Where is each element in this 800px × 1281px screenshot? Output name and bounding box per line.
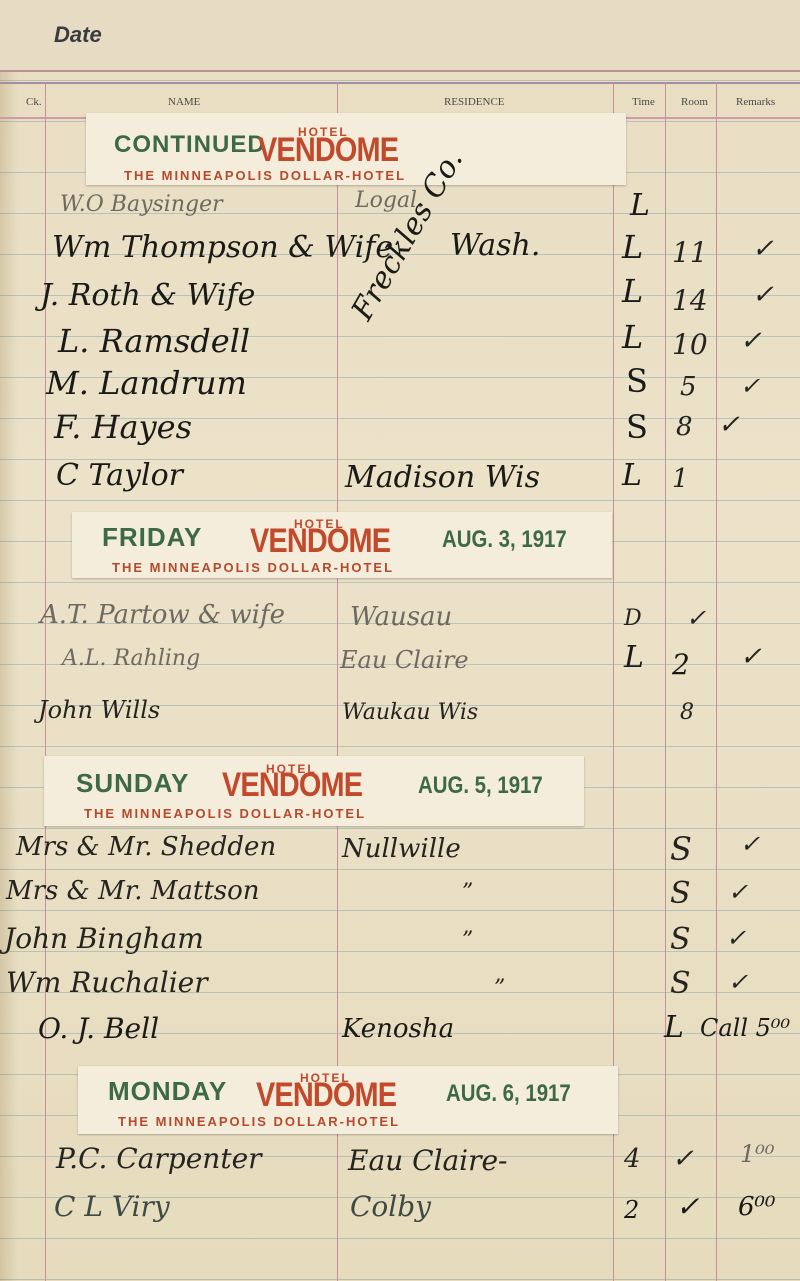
checkmark-icon: ✓: [752, 280, 774, 310]
column-header-residence: RESIDENCE: [444, 96, 505, 108]
entry-room: S: [670, 876, 691, 911]
entry-time: D: [624, 606, 642, 631]
entry-room: 8: [680, 700, 694, 725]
banner-day: SUNDAY: [76, 768, 189, 799]
banner-date: AUG. 3, 1917: [442, 526, 567, 554]
entry-residence: Madison Wis: [345, 460, 540, 495]
column-rule: [716, 83, 717, 1281]
date-label: Date: [54, 22, 102, 48]
entry-name: C Taylor: [56, 458, 183, 493]
entry-room: 10: [672, 328, 708, 361]
column-header-time: Time: [632, 96, 655, 108]
entry-residence: Eau Claire: [340, 646, 469, 674]
entry-room: S: [670, 922, 691, 957]
entry-room: 2: [672, 648, 690, 681]
checkmark-icon: ✓: [728, 878, 748, 906]
entry-room: S: [670, 830, 692, 868]
entry-residence: ”: [494, 976, 505, 1001]
entry-time: S: [626, 408, 648, 446]
entry-name: P.C. Carpenter: [56, 1142, 262, 1175]
entry-name: J. Roth & Wife: [40, 278, 255, 313]
entry-time: L: [622, 228, 643, 266]
entry-name: C L Viry: [54, 1190, 170, 1223]
column-header-ck: Ck.: [26, 96, 42, 108]
entry-room: 1: [672, 464, 689, 494]
checkmark-icon: ✓: [728, 968, 748, 996]
entry-time: 2: [624, 1196, 639, 1224]
checkmark-icon: ✓: [718, 410, 740, 440]
entry-name: W.O Baysinger: [60, 192, 223, 217]
hotel-banner-monday: MONDAY HOTEL VENDOME AUG. 6, 1917 THE MI…: [78, 1066, 618, 1134]
banner-tagline: THE MINNEAPOLIS DOLLAR-HOTEL: [84, 806, 366, 821]
checkmark-icon: ✓: [740, 372, 760, 400]
column-rule: [45, 83, 46, 1281]
entry-residence: ”: [462, 928, 473, 953]
checkmark-icon: ✓: [686, 604, 706, 632]
banner-tagline: THE MINNEAPOLIS DOLLAR-HOTEL: [118, 1114, 400, 1129]
entry-name: L. Ramsdell: [58, 322, 250, 360]
hotel-banner-sunday: SUNDAY HOTEL VENDOME AUG. 5, 1917 THE MI…: [44, 756, 584, 826]
entry-residence: Colby: [350, 1190, 431, 1223]
entry-room: S: [670, 966, 691, 1001]
entry-residence: Kenosha: [342, 1014, 454, 1044]
entry-residence: Nullwille: [342, 834, 461, 864]
banner-hotel-name: VENDOME: [222, 766, 362, 805]
entry-room: 14: [672, 284, 708, 317]
entry-remarks: Call 5⁰⁰: [700, 1014, 790, 1042]
checkmark-icon: ✓: [726, 924, 746, 952]
entry-time: L: [622, 458, 642, 493]
checkmark-icon: ✓: [740, 642, 762, 672]
checkmark-icon: ✓: [752, 234, 774, 264]
banner-hotel-name: VENDOME: [256, 1076, 396, 1115]
entry-name: O. J. Bell: [38, 1012, 159, 1045]
entry-room: L: [664, 1010, 684, 1045]
banner-hotel-name: VENDOME: [258, 131, 398, 170]
entry-name: A.T. Partow & wife: [40, 600, 285, 630]
entry-name: Mrs & Mr. Mattson: [6, 876, 260, 906]
register-page: Date Ck. NAME RESIDENCE Time Room Remark…: [0, 0, 800, 1281]
entry-name: John Bingham: [4, 922, 204, 955]
entry-remarks: 1⁰⁰: [740, 1140, 775, 1168]
entry-residence: ”: [462, 880, 473, 905]
column-header-name: NAME: [168, 96, 200, 108]
entry-residence: Waukau Wis: [342, 700, 478, 725]
entry-name: Wm Ruchalier: [6, 966, 208, 999]
entry-time: 4: [624, 1144, 641, 1174]
banner-hotel-name: VENDOME: [250, 522, 390, 561]
entry-residence: Wausau: [350, 602, 452, 632]
entry-time: L: [624, 640, 644, 675]
entry-name: John Wills: [38, 696, 160, 724]
entry-residence: Wash.: [450, 228, 540, 263]
entry-time: L: [622, 318, 643, 356]
banner-day: CONTINUED: [114, 131, 266, 159]
entry-time: L: [622, 272, 643, 310]
banner-day: FRIDAY: [102, 522, 202, 553]
column-header-remarks: Remarks: [736, 96, 775, 108]
checkmark-icon: ✓: [740, 326, 762, 356]
entry-room: 8: [676, 412, 693, 442]
banner-tagline: THE MINNEAPOLIS DOLLAR-HOTEL: [112, 560, 394, 575]
banner-tagline: THE MINNEAPOLIS DOLLAR-HOTEL: [124, 168, 406, 183]
entry-residence: Eau Claire-: [348, 1144, 508, 1177]
entry-name: Wm Thompson & Wife: [52, 230, 393, 265]
entry-name: F. Hayes: [54, 408, 192, 446]
entry-time: L: [630, 188, 650, 223]
checkmark-icon: ✓: [672, 1144, 694, 1174]
entry-room: 5: [680, 372, 697, 402]
entry-name: M. Landrum: [46, 364, 247, 402]
checkmark-icon: ✓: [676, 1190, 699, 1223]
banner-day: MONDAY: [108, 1076, 227, 1107]
entry-name: Mrs & Mr. Shedden: [16, 832, 276, 862]
header-rule-mid: [0, 82, 800, 84]
page-header-band: [0, 0, 800, 70]
entry-time: S: [626, 362, 648, 400]
banner-date: AUG. 5, 1917: [418, 772, 543, 800]
checkmark-icon: ✓: [740, 830, 760, 858]
entry-room: 11: [672, 236, 708, 269]
entry-name: A.L. Rahling: [62, 646, 200, 671]
hotel-banner-friday: FRIDAY HOTEL VENDOME AUG. 3, 1917 THE MI…: [72, 512, 612, 578]
banner-date: AUG. 6, 1917: [446, 1080, 571, 1108]
hotel-banner-continued: CONTINUED HOTEL VENDOME THE MINNEAPOLIS …: [86, 113, 626, 185]
header-rule-top: [0, 70, 800, 72]
column-header-room: Room: [681, 96, 708, 108]
entry-remarks: 6⁰⁰: [738, 1192, 775, 1222]
column-rule: [665, 83, 666, 1281]
